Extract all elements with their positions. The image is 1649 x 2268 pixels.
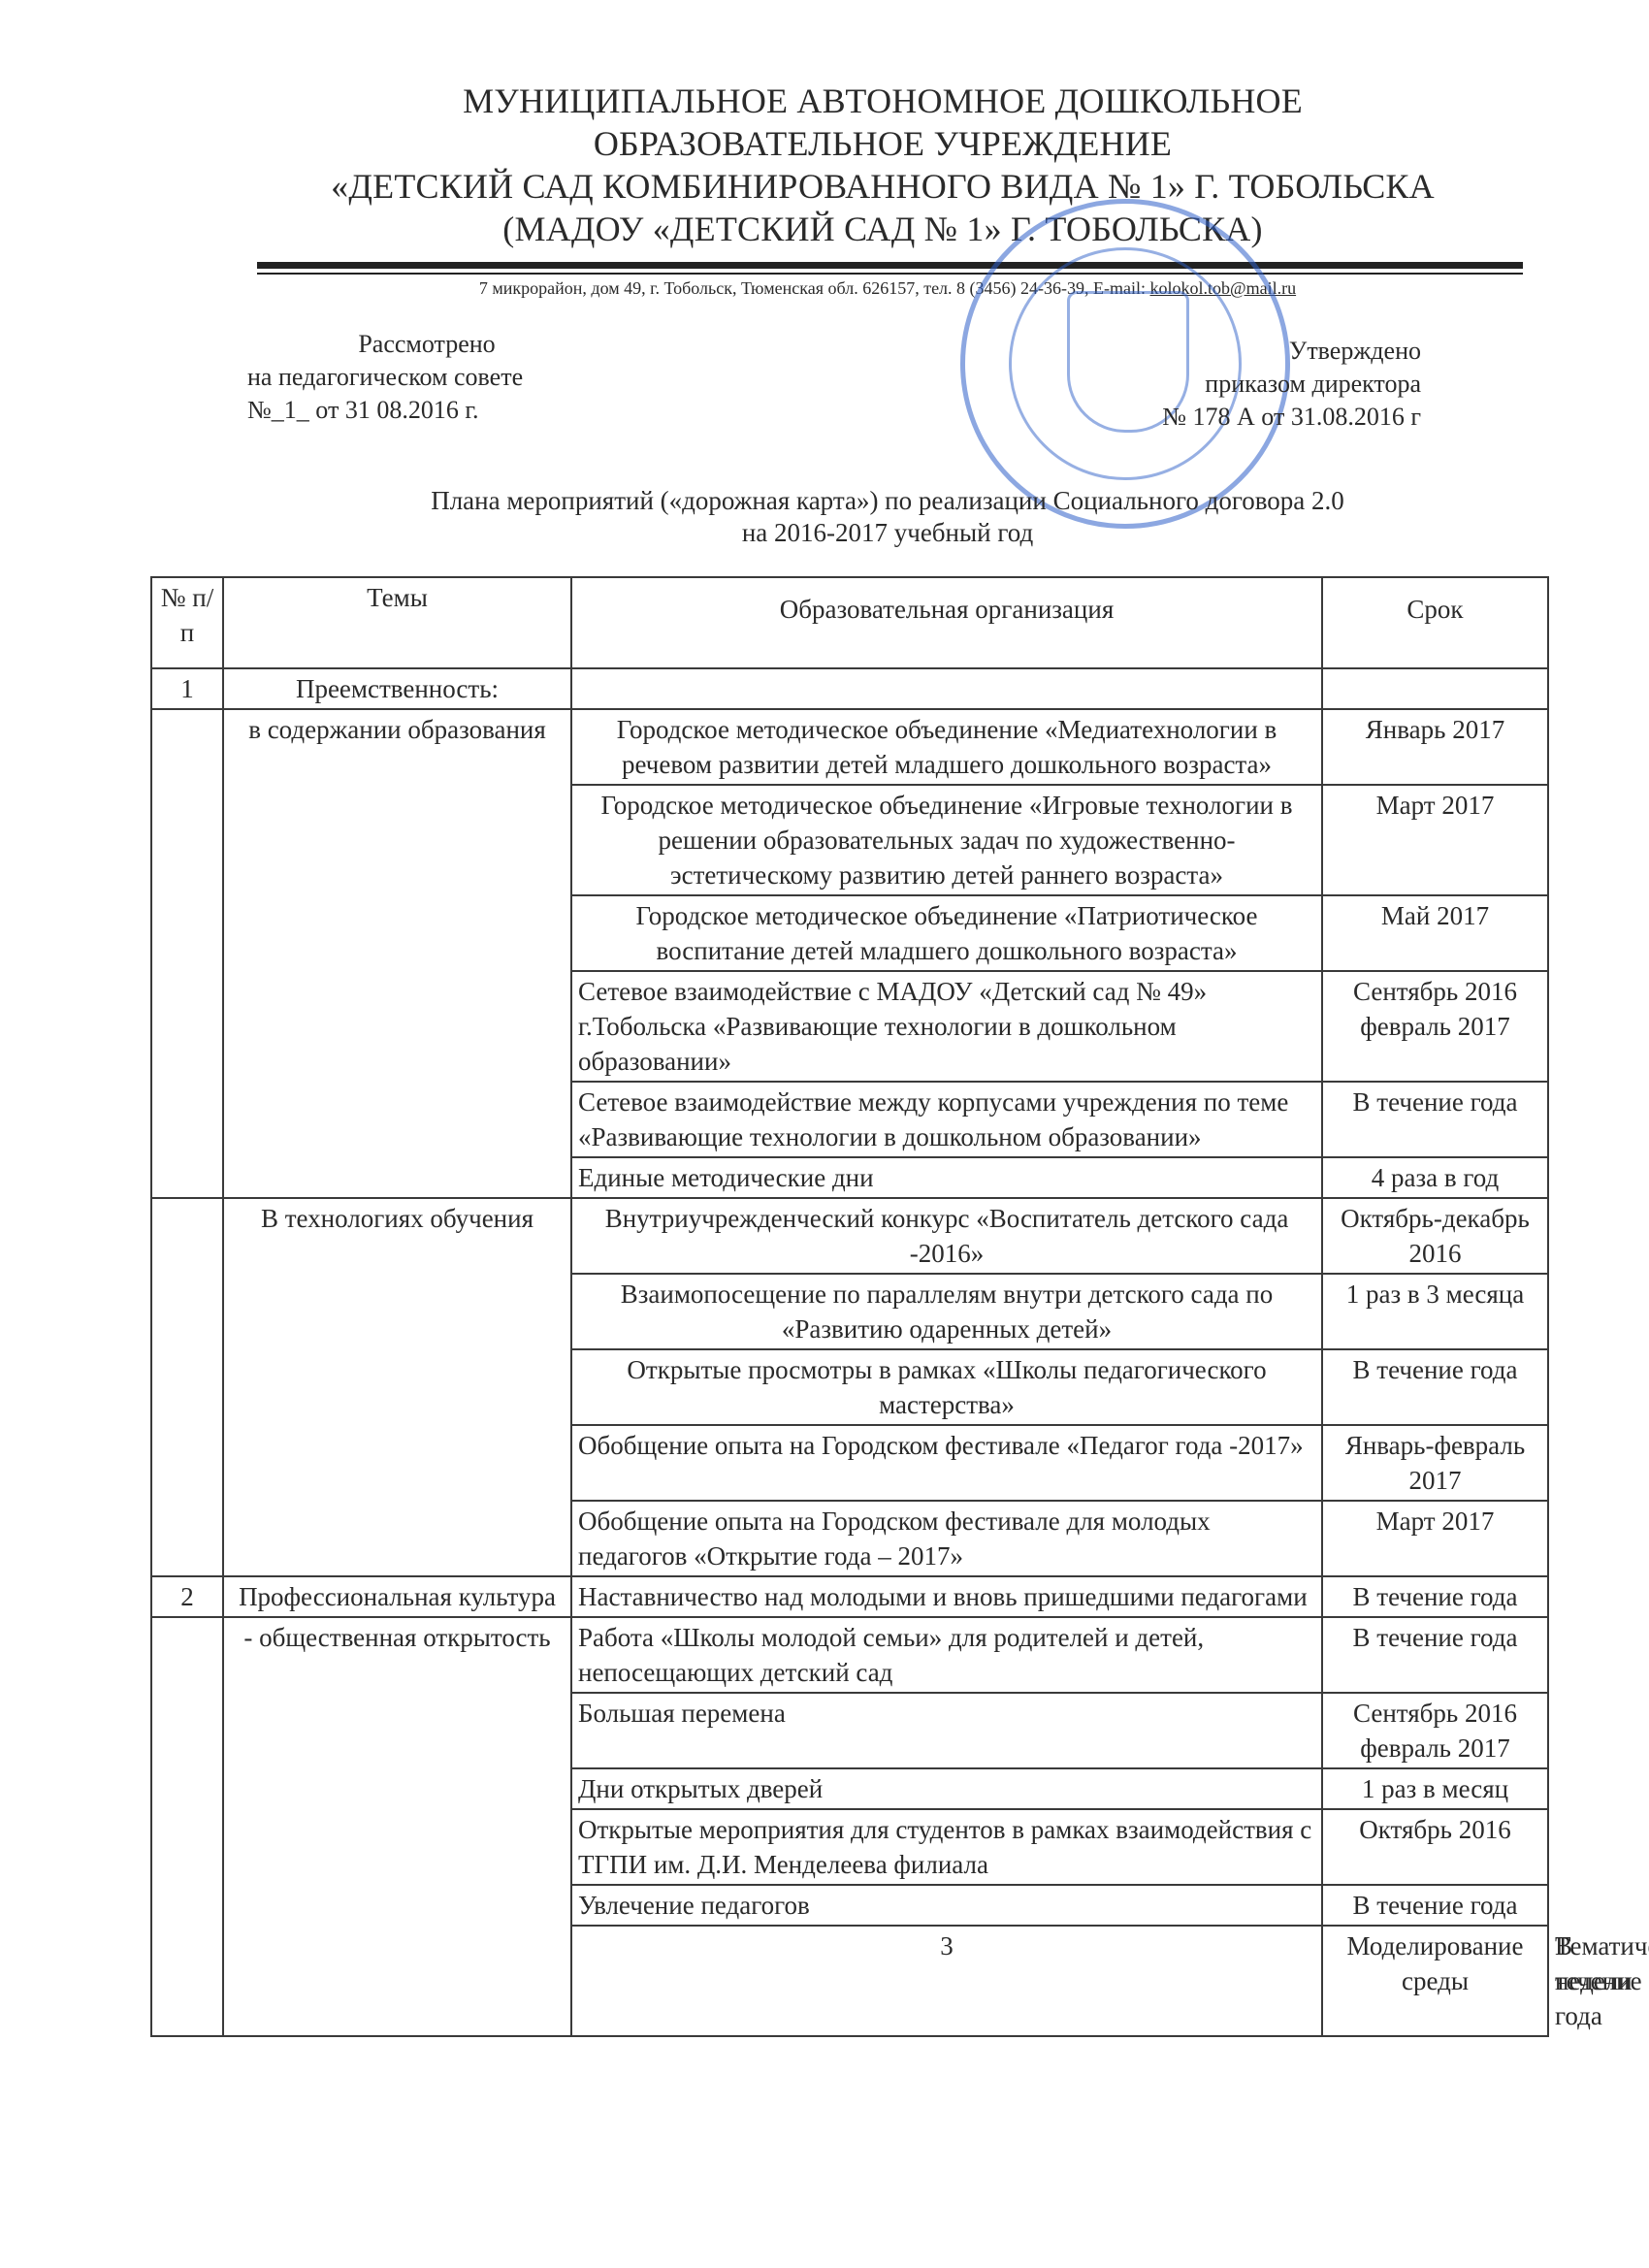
row-term: В течение года: [1322, 1349, 1548, 1425]
row-term: Сентябрь 2016 февраль 2017: [1322, 971, 1548, 1082]
row-term: Октябрь 2016: [1322, 1809, 1548, 1885]
email-link[interactable]: kolokol.tob@mail.ru: [1150, 278, 1297, 298]
row-theme: Преемственность:: [223, 668, 571, 709]
header-line-3: «ДЕТСКИЙ САД КОМБИНИРОВАННОГО ВИДА № 1» …: [252, 165, 1513, 208]
row-term: 4 раза в год: [1322, 1157, 1548, 1198]
row-num: 3: [571, 1926, 1322, 2036]
row-theme: Профессиональная культура: [223, 1576, 571, 1617]
approved-line-2: приказом директора: [1072, 368, 1421, 401]
row-num: [151, 709, 223, 1198]
row-org: Взаимопосещение по параллелям внутри дет…: [571, 1274, 1322, 1349]
considered-line-3: №_1_ от 31 08.2016 г.: [247, 394, 606, 427]
header-line-4: (МАДОУ «ДЕТСКИЙ САД № 1» Г. ТОБОЛЬСКА): [252, 208, 1513, 250]
institution-header: МУНИЦИПАЛЬНОЕ АВТОНОМНОЕ ДОШКОЛЬНОЕ ОБРА…: [252, 80, 1513, 250]
considered-block: Рассмотрено на педагогическом совете №_1…: [247, 328, 606, 427]
document-title-line-2: на 2016-2017 учебный год: [252, 517, 1523, 549]
table-row: 2 Профессиональная культура Наставничест…: [151, 1576, 1548, 1617]
row-org: Единые методические дни: [571, 1157, 1322, 1198]
row-num: 1: [151, 668, 223, 709]
row-theme: Моделирование среды: [1322, 1926, 1548, 2036]
row-org: Внутриучрежденческий конкурс «Воспитател…: [571, 1198, 1322, 1274]
row-org: Открытые просмотры в рамках «Школы педаг…: [571, 1349, 1322, 1425]
address-line: 7 микрорайон, дом 49, г. Тобольск, Тюмен…: [252, 278, 1523, 299]
row-org: [571, 668, 1322, 709]
table-header-row: № п/п Темы Образовательная организация С…: [151, 577, 1548, 668]
row-term: В течение года: [1322, 1576, 1548, 1617]
header-divider-thick: [257, 262, 1523, 269]
header-line-2: ОБРАЗОВАТЕЛЬНОЕ УЧРЕЖДЕНИЕ: [252, 122, 1513, 165]
approved-title: Утверждено: [1072, 335, 1421, 368]
approved-line-3: № 178 А от 31.08.2016 г: [1072, 401, 1421, 434]
row-org: Обобщение опыта на Городском фестивале «…: [571, 1425, 1322, 1501]
document-title-line-1: Плана мероприятий («дорожная карта») по …: [252, 485, 1523, 517]
row-term: 1 раз в месяц: [1322, 1768, 1548, 1809]
header-org: Образовательная организация: [571, 577, 1322, 668]
row-term: 1 раз в 3 месяца: [1322, 1274, 1548, 1349]
row-org: Открытые мероприятия для студентов в рам…: [571, 1809, 1322, 1885]
header-theme: Темы: [223, 577, 571, 668]
row-term: Март 2017: [1322, 1501, 1548, 1576]
header-line-1: МУНИЦИПАЛЬНОЕ АВТОНОМНОЕ ДОШКОЛЬНОЕ: [252, 80, 1513, 122]
row-org: Большая перемена: [571, 1693, 1322, 1768]
row-term: В течение года: [1322, 1617, 1548, 1693]
row-num: [151, 1617, 223, 2036]
row-term: Май 2017: [1322, 895, 1548, 971]
table-row: В технологиях обучения Внутриучрежденчес…: [151, 1198, 1548, 1274]
row-org: Увлечение педагогов: [571, 1885, 1322, 1926]
roadmap-table: № п/п Темы Образовательная организация С…: [150, 576, 1549, 2037]
row-term: В течение года: [1322, 1885, 1548, 1926]
table-row: 1 Преемственность:: [151, 668, 1548, 709]
row-term: Март 2017: [1322, 785, 1548, 895]
row-org: Городское методическое объединение «Патр…: [571, 895, 1322, 971]
row-org: Обобщение опыта на Городском фестивале д…: [571, 1501, 1322, 1576]
row-org: Сетевое взаимодействие между корпусами у…: [571, 1082, 1322, 1157]
approved-block: Утверждено приказом директора № 178 А от…: [1072, 335, 1421, 434]
row-num: 2: [151, 1576, 223, 1617]
row-org: Сетевое взаимодействие с МАДОУ «Детский …: [571, 971, 1322, 1082]
row-theme: в содержании образования: [223, 709, 571, 1198]
row-term: В течение года: [1322, 1082, 1548, 1157]
row-org: Городское методическое объединение «Меди…: [571, 709, 1322, 785]
header-num: № п/п: [151, 577, 223, 668]
header-divider-thin: [257, 273, 1523, 275]
document-title: Плана мероприятий («дорожная карта») по …: [252, 485, 1523, 549]
row-theme: - общественная открытость: [223, 1617, 571, 2036]
table-row: - общественная открытость Работа «Школы …: [151, 1617, 1548, 1693]
row-term: Январь-февраль 2017: [1322, 1425, 1548, 1501]
row-org: Наставничество над молодыми и вновь приш…: [571, 1576, 1322, 1617]
row-org: Работа «Школы молодой семьи» для родител…: [571, 1617, 1322, 1693]
row-theme: В технологиях обучения: [223, 1198, 571, 1576]
table-row: в содержании образования Городское метод…: [151, 709, 1548, 785]
row-num: [151, 1198, 223, 1576]
address-text: 7 микрорайон, дом 49, г. Тобольск, Тюмен…: [479, 278, 1150, 298]
row-term: Октябрь-декабрь 2016: [1322, 1198, 1548, 1274]
considered-line-2: на педагогическом совете: [247, 361, 606, 394]
row-term: [1322, 668, 1548, 709]
row-term: Январь 2017: [1322, 709, 1548, 785]
row-org: Городское методическое объединение «Игро…: [571, 785, 1322, 895]
row-term: Сентябрь 2016 февраль 2017: [1322, 1693, 1548, 1768]
considered-title: Рассмотрено: [247, 328, 606, 361]
row-org: Дни открытых дверей: [571, 1768, 1322, 1809]
header-term: Срок: [1322, 577, 1548, 668]
